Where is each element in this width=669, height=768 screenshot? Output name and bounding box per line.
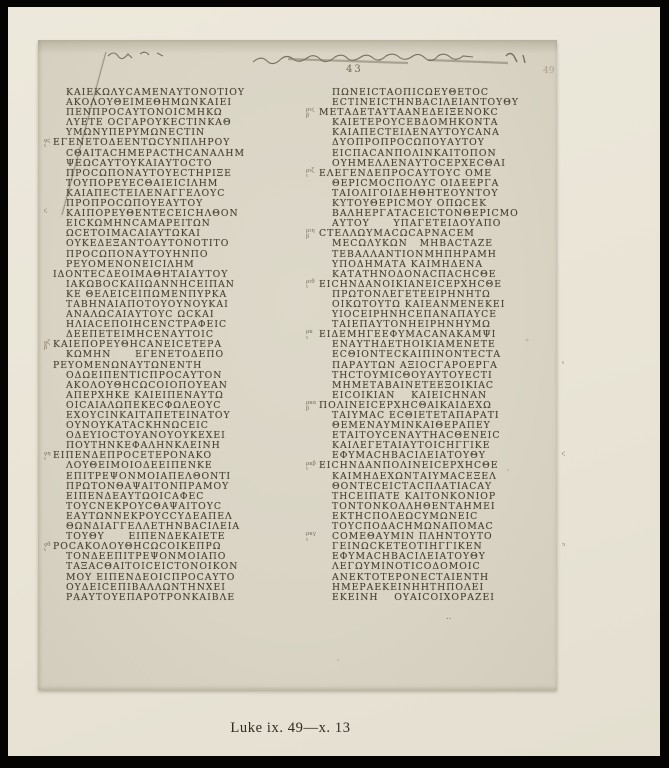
canon-number-mark: ρκγ ι [306, 532, 316, 543]
plate-caption: Luke ix. 49—x. 13 [38, 720, 543, 737]
canon-number-mark: ρκβ ι [306, 462, 316, 473]
canon-number-mark: ριη β [306, 229, 315, 240]
canon-number-mark: ϙθ ι [44, 543, 51, 554]
corner-page-number: 49 [543, 66, 554, 76]
folio-number: 43 [346, 64, 363, 75]
canon-number-mark: ριζ ι [306, 169, 314, 180]
manuscript-column-left: ΚΑΙΕΚΩΛΥϹΑΜΕΝΑΥΤΟΝΟΤΙΟΥΑΚΟΛΟΥΘΕΙΜΕΘΗΜΩΝΚ… [66, 88, 311, 603]
manuscript-text-line: ΤΑΞΑϹΘΑΙΤΟΙϹΕΙϹΤΟΝΟΙΚΟΝ [66, 562, 311, 572]
canon-number-mark: ϙη ι [44, 452, 51, 463]
canon-number-mark: ϛ [562, 452, 565, 458]
book-page: 43 49 ΚΑΙΕΚΩΛΥϹΑΜΕΝΑΥΤΟΝΟΤΙΟΥΑΚΟΛΟΥΘΕΙΜΕ… [8, 7, 660, 756]
canon-number-mark: ͻ [562, 543, 565, 549]
canon-number-mark: ϛ [44, 209, 47, 215]
manuscript-text-line: ΜΕϹΩΛΥΚΩΝ ΜΗΒΑϹΤΑΖΕ [332, 239, 577, 249]
canon-number-mark: ι [562, 361, 564, 367]
canon-number-mark: ρκ ι [306, 330, 313, 341]
handwriting-scrawl-icon [108, 52, 525, 63]
canon-number-mark: ϙζ β [44, 341, 50, 352]
manuscript-text-line: ΛΕΓΩΥΜΙΝΟΤΙϹΟΔΟΜΟΙϹ [332, 562, 577, 572]
canon-number-mark: ριϛ β [306, 108, 314, 119]
manuscript-plate-photo: 43 49 ΚΑΙΕΚΩΛΥϹΑΜΕΝΑΥΤΟΝΟΤΙΟΥΑΚΟΛΟΥΘΕΙΜΕ… [38, 40, 557, 690]
canon-number-mark: ϙϛ ι [44, 139, 50, 150]
screenshot-root: 43 49 ΚΑΙΕΚΩΛΥϹΑΜΕΝΑΥΤΟΝΟΤΙΟΥΑΚΟΛΟΥΘΕΙΜΕ… [0, 0, 669, 768]
manuscript-text-line: ΕΚΕΙΝΗ ΟΥΑΙϹΟΙΧΟΡΑΖΕΙ [332, 593, 577, 603]
manuscript-text-line: ΡΑΑΥΤΟΥΕΠΑΡΟΤΡΟΝΚΑΙΒΛΕ [66, 593, 311, 603]
manuscript-text-line: ΟΥΚΕΔΕΞΑΝΤΟΑΥΤΟΝΟΤΙΤΟ [66, 239, 311, 249]
canon-number-mark: ριθ ι [306, 280, 315, 291]
quire-mark: ‥ [446, 612, 453, 621]
manuscript-column-right: ΠΩΝΕΙϹΤΑΟΠΙϹΩΕΥΘΕΤΟϹΕϹΤΙΝΕΙϹΤΗΝΒΑϹΙΛΕΙΑΝ… [332, 88, 577, 603]
canon-number-mark: ρκα β [306, 401, 316, 412]
